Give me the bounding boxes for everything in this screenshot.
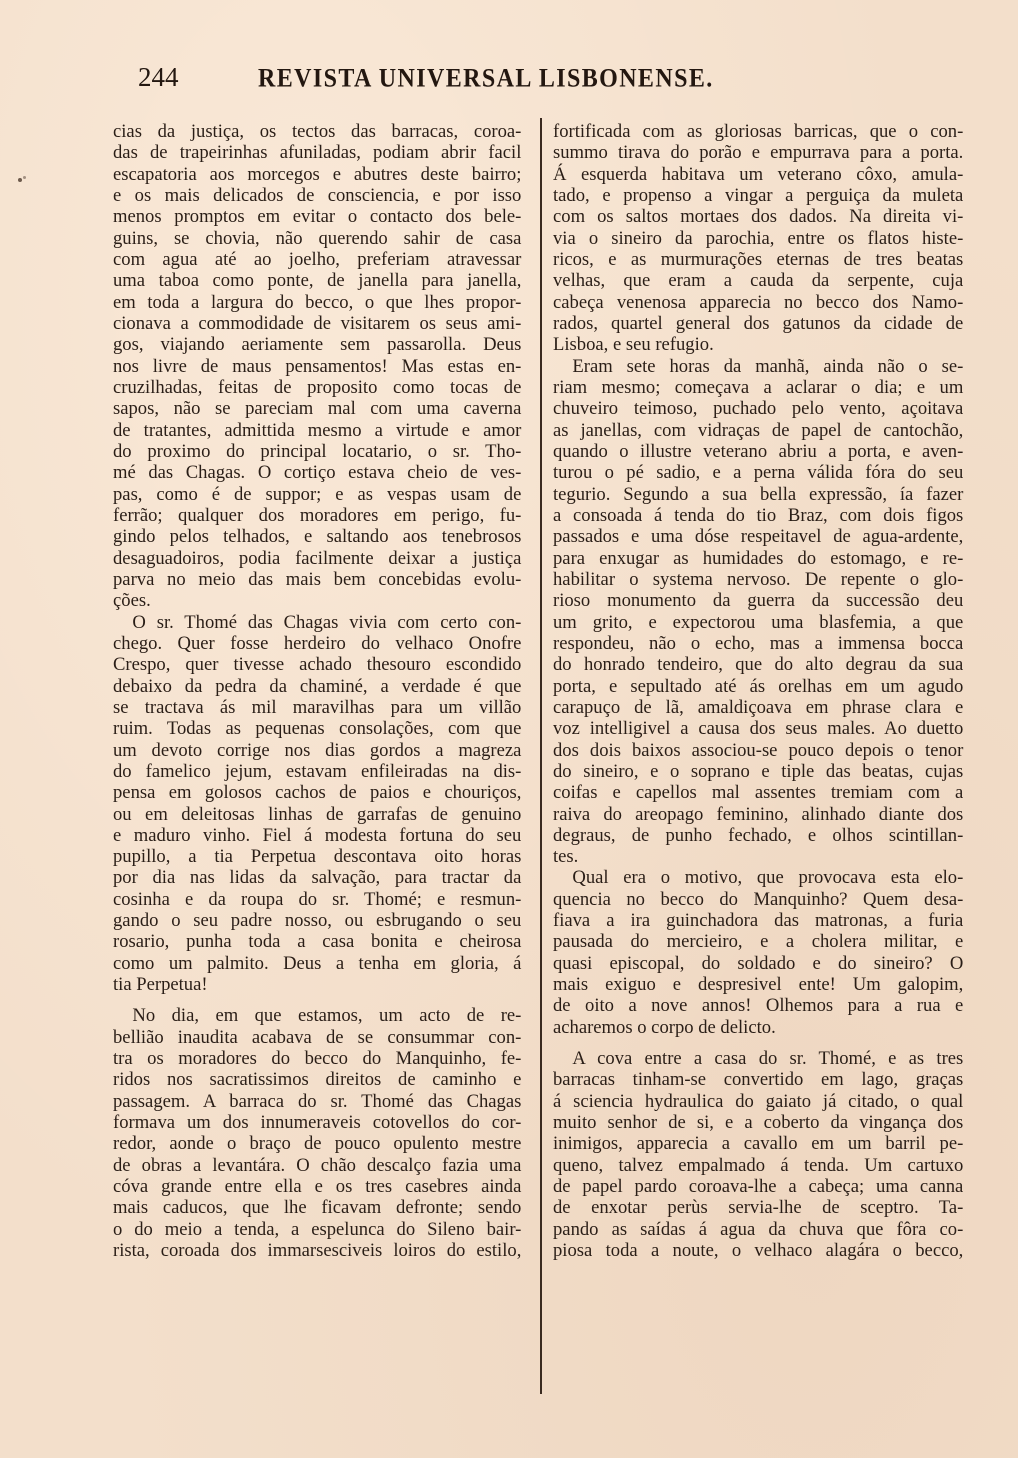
text-line: voz intelligivel a causa dos seus males.… (553, 718, 963, 739)
document-page: 244 REVISTA UNIVERSAL LISBONENSE. cias d… (0, 0, 1018, 1458)
text-line: pupillo, a tia Perpetua descontava oito … (113, 846, 521, 867)
text-line: via o sineiro da parochia, entre os flat… (553, 228, 963, 249)
text-line: do famelico jejum, estavam enfileiradas … (113, 761, 521, 782)
text-line: summo tirava do porão e empurrava para a… (553, 142, 963, 163)
text-line: dos dois baixos associou-se pouco depois… (553, 740, 963, 761)
text-line: rista, coroada dos immarsesciveis loiros… (113, 1240, 521, 1261)
text-line: cruzilhadas, feitas de proposito como to… (113, 377, 521, 398)
text-line: de enxotar perùs servia-lhe de sceptro. … (553, 1197, 963, 1218)
text-line: gos, viajando aeriamente sem passarolla.… (113, 334, 521, 355)
text-line: rados, quartel general dos gatunos da ci… (553, 313, 963, 334)
text-line: tra os moradores do becco do Manquinho, … (113, 1048, 521, 1069)
text-line: fiava a ira guinchadora das matronas, a … (553, 910, 963, 931)
left-text-column: cias da justiça, os tectos das barracas,… (113, 121, 534, 1261)
text-line: barracas tinham-se convertido em lago, g… (553, 1069, 963, 1090)
text-line: o do meio a tenda, a espelunca do Sileno… (113, 1219, 521, 1240)
paragraph-first-line: No dia, em que estamos, um acto de re- (113, 1005, 521, 1026)
text-line: Lisboa, e seu refugio. (553, 334, 963, 355)
text-line: das de trapeirinhas afuniladas, podiam a… (113, 142, 521, 163)
text-line: parva no meio das mais bem concebidas ev… (113, 569, 521, 590)
text-line: do sineiro, e o soprano e tiple das beat… (553, 761, 963, 782)
text-line: pas, como é de suppor; e as vespas usam … (113, 484, 521, 505)
text-line: habilitar o systema nervoso. De repente … (553, 569, 963, 590)
text-line: coifas e capellos mal assentes tremiam c… (553, 782, 963, 803)
text-line: gando o seu padre nosso, ou esbrugando o… (113, 910, 521, 931)
text-line: pausada do mercieiro, e a cholera milita… (553, 931, 963, 952)
text-line: rosario, punha toda a casa bonita e chei… (113, 931, 521, 952)
text-line: tia Perpetua! (113, 974, 521, 995)
text-line: gindo pelos telhados, e saltando aos ten… (113, 526, 521, 547)
text-line: passagem. A barraca do sr. Thomé das Cha… (113, 1091, 521, 1112)
text-line: carapuço de lã, amaldiçoava em phrase cl… (553, 697, 963, 718)
text-line: ridos nos sacratissimos direitos de cami… (113, 1069, 521, 1090)
text-line: sapos, não se pareciam mal com uma caver… (113, 398, 521, 419)
text-line: quando o illustre veterano abriu a porta… (553, 441, 963, 462)
text-line: porta, e sepultado até ás orelhas em um … (553, 676, 963, 697)
paragraph-gap (553, 1038, 976, 1048)
text-line: com agua até ao joelho, preferiam atrave… (113, 249, 521, 270)
text-line: queno, talvez empalmado á tenda. Um cart… (553, 1155, 963, 1176)
text-line: de tratantes, admittida mesmo a virtude … (113, 420, 521, 441)
text-line: de obras a levantára. O chão descalço fa… (113, 1155, 521, 1176)
text-line: bellião inaudita acabava de se consummar… (113, 1027, 521, 1048)
text-line: de papel pardo coroava-lhe a cabeça; uma… (553, 1176, 963, 1197)
text-line: velhas, que eram a cauda da serpente, cu… (553, 270, 963, 291)
text-line: quasi episcopal, do soldado e do sineiro… (553, 953, 963, 974)
text-line: passados e uma dóse respeitavel de agua-… (553, 526, 963, 547)
paragraph-first-line: Qual era o motivo, que provocava esta el… (553, 867, 963, 888)
text-line: Crespo, quer tivesse achado thesouro esc… (113, 654, 521, 675)
text-line: raiva do areopago feminino, alinhado dia… (553, 804, 963, 825)
text-line: uma taboa como ponte, de janella para ja… (113, 270, 521, 291)
text-line: turou o pé sadio, e a perna válida fóra … (553, 462, 963, 483)
text-line: ções. (113, 590, 521, 611)
text-line: formava um dos innumeraveis cotovellos d… (113, 1112, 521, 1133)
text-line: do proximo do principal locatario, o sr.… (113, 441, 521, 462)
paragraph-first-line: O sr. Thomé das Chagas vivia com certo c… (113, 612, 521, 633)
text-line: cabeça venenosa apparecia no becco dos N… (553, 292, 963, 313)
text-line: inimigos, apparecia a cavallo em um barr… (553, 1133, 963, 1154)
text-line: um devoto corrige nos dias gordos a magr… (113, 740, 521, 761)
text-line: desaguadoiros, podia facilmente deixar a… (113, 548, 521, 569)
text-line: chuveiro teimoso, puchado pelo vento, aç… (553, 398, 963, 419)
text-line: tado, e propenso a vingar a perguiça da … (553, 185, 963, 206)
text-line: cosinha e da roupa do sr. Thomé; e resmu… (113, 889, 521, 910)
text-line: tegurio. Segundo a sua bella expressão, … (553, 484, 963, 505)
paragraph-first-line: A cova entre a casa do sr. Thomé, e as t… (553, 1048, 963, 1069)
right-text-column: fortificada com as gloriosas barricas, q… (553, 121, 976, 1261)
text-line: degraus, de punho fechado, e olhos scint… (553, 825, 963, 846)
text-line: mé das Chagas. O cortiço estava cheio de… (113, 462, 521, 483)
text-line: fortificada com as gloriosas barricas, q… (553, 121, 963, 142)
text-line: escapatoria aos morcegos e abutres deste… (113, 164, 521, 185)
text-line: redor, aonde o braço de pouco opulento m… (113, 1133, 521, 1154)
text-line: respondeu, não o echo, mas a immensa boc… (553, 633, 963, 654)
text-line: quencia no becco do Manquinho? Quem desa… (553, 889, 963, 910)
text-line: como um palmito. Deus a tenha em gloria,… (113, 953, 521, 974)
paragraph-first-line: Eram sete horas da manhã, ainda não o se… (553, 356, 963, 377)
text-line: cóva grande entre ella e os tres casebre… (113, 1176, 521, 1197)
text-line: mais caducos, que lhe ficavam defronte; … (113, 1197, 521, 1218)
page-header: 244 REVISTA UNIVERSAL LISBONENSE. (138, 62, 818, 102)
text-line: muito senhor de si, e a coberto da vinga… (553, 1112, 963, 1133)
text-line: riam mesmo; começava a aclarar o dia; e … (553, 377, 963, 398)
text-line: ou em deleitosas linhas de garrafas de g… (113, 804, 521, 825)
text-line: tes. (553, 846, 963, 867)
text-line: ferrão; qualquer dos moradores em perigo… (113, 505, 521, 526)
text-line: piosa toda a noute, o velhaco alagára o … (553, 1240, 963, 1261)
column-divider (540, 118, 542, 1394)
text-line: do honrado tendeiro, que do alto degrau … (553, 654, 963, 675)
text-line: e os mais delicados de consciencia, e po… (113, 185, 521, 206)
text-line: a consoada á tenda do tio Braz, com dois… (553, 505, 963, 526)
text-line: nos livre de maus pensamentos! Mas estas… (113, 356, 521, 377)
text-line: pensa em golosos cachos de paios e chour… (113, 782, 521, 803)
text-line: rioso monumento da guerra da successão d… (553, 590, 963, 611)
text-line: pando as saídas á agua da chuva que fôra… (553, 1219, 963, 1240)
paper-speck (18, 178, 22, 182)
text-line: e maduro vinho. Fiel á modesta fortuna d… (113, 825, 521, 846)
text-line: para enxugar as humidades do estomago, e… (553, 548, 963, 569)
text-line: Á esquerda habitava um veterano côxo, am… (553, 164, 963, 185)
page-number: 244 (138, 62, 179, 93)
text-line: debaixo da pedra da chaminé, a verdade é… (113, 676, 521, 697)
text-line: por dia nas lidas da salvação, para trac… (113, 867, 521, 888)
text-line: de oito a nove annos! Olhemos para a rua… (553, 995, 963, 1016)
text-line: acharemos o corpo de delicto. (553, 1017, 963, 1038)
text-line: ricos, e as murmurações eternas de tres … (553, 249, 963, 270)
text-line: as janellas, com vidraças de papel de ca… (553, 420, 963, 441)
text-line: chego. Quer fosse herdeiro do velhaco On… (113, 633, 521, 654)
text-line: cias da justiça, os tectos das barracas,… (113, 121, 521, 142)
text-line: mais exiguo e despresivel ente! Um galop… (553, 974, 963, 995)
paragraph-gap (113, 995, 534, 1005)
text-line: se tractava ás mil maravilhas para um vi… (113, 697, 521, 718)
text-line: um grito, e expectorou uma blasfemia, a … (553, 612, 963, 633)
running-title: REVISTA UNIVERSAL LISBONENSE. (258, 64, 714, 94)
text-line: á sciencia hydraulica do gaiato já citad… (553, 1091, 963, 1112)
text-line: em toda a largura do becco, o que lhes p… (113, 292, 521, 313)
paper-speck (23, 176, 26, 179)
text-line: guins, se chovia, não querendo sahir de … (113, 228, 521, 249)
text-line: ruim. Todas as pequenas consolações, com… (113, 718, 521, 739)
text-line: menos promptos em evitar o contacto dos … (113, 206, 521, 227)
text-line: com os saltos mortaes dos dados. Na dire… (553, 206, 963, 227)
text-line: cionava a commodidade de visitarem os se… (113, 313, 521, 334)
